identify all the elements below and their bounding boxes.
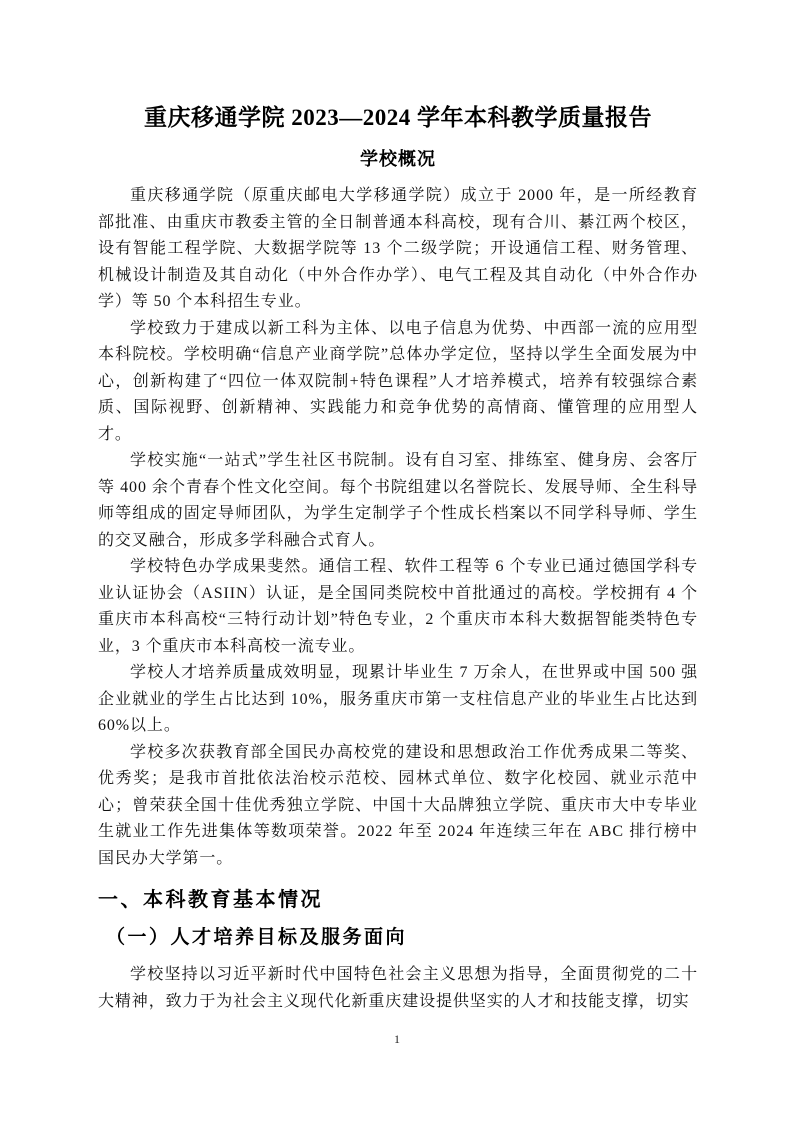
subheading-talent-training-goals: （一）人才培养目标及服务面向 bbox=[98, 923, 698, 953]
overview-paragraph-4: 学校特色办学成果斐然。通信工程、软件工程等 6 个专业已通过德国学科专业认证协会… bbox=[98, 554, 698, 660]
overview-paragraph-3: 学校实施“一站式”学生社区书院制。设有自习室、排练室、健身房、会客厅等 400 … bbox=[98, 448, 698, 554]
page-number: 1 bbox=[0, 1032, 794, 1047]
document-title: 重庆移通学院 2023—2024 学年本科教学质量报告 bbox=[98, 100, 698, 136]
section-title-school-overview: 学校概况 bbox=[98, 146, 698, 173]
document-page: 重庆移通学院 2023—2024 学年本科教学质量报告 学校概况 重庆移通学院（… bbox=[0, 0, 794, 1123]
overview-paragraph-1: 重庆移通学院（原重庆邮电大学移通学院）成立于 2000 年，是一所经教育部批准、… bbox=[98, 183, 698, 316]
document-body: 重庆移通学院 2023—2024 学年本科教学质量报告 学校概况 重庆移通学院（… bbox=[98, 100, 698, 1015]
section-paragraph-1: 学校坚持以习近平新时代中国特色社会主义思想为指导，全面贯彻党的二十大精神，致力于… bbox=[98, 962, 698, 1015]
heading-undergraduate-education-basics: 一、本科教育基本情况 bbox=[98, 884, 698, 916]
overview-paragraph-5: 学校人才培养质量成效明显，现累计毕业生 7 万余人，在世界或中国 500 强企业… bbox=[98, 660, 698, 740]
overview-paragraph-6: 学校多次获教育部全国民办高校党的建设和思想政治工作优秀成果二等奖、优秀奖；是我市… bbox=[98, 740, 698, 873]
overview-paragraph-2: 学校致力于建成以新工科为主体、以电子信息为优势、中西部一流的应用型本科院校。学校… bbox=[98, 316, 698, 449]
